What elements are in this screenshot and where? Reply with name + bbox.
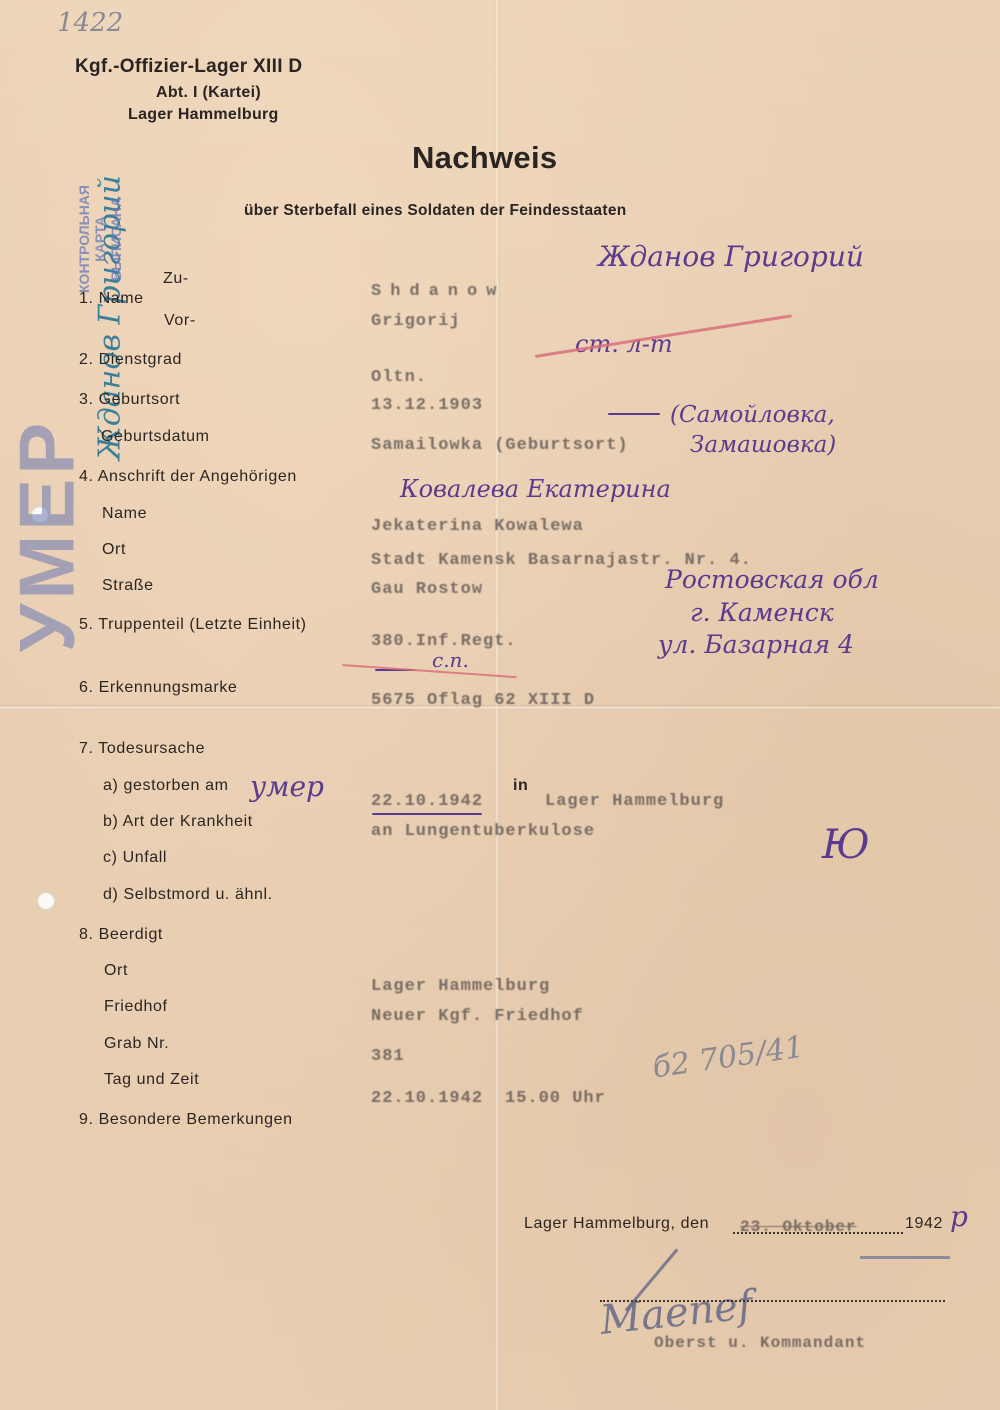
archive-number: 1422 [57, 8, 123, 38]
label-relative-street: Straße [102, 577, 154, 595]
handwritten-initials: Ю [822, 822, 870, 868]
label-birthplace: 3. Geburtsort [79, 391, 180, 409]
label-remarks: 9. Besondere Bemerkungen [79, 1111, 293, 1129]
label-illness: b) Art der Krankheit [103, 813, 253, 831]
label-buried: 8. Beerdigt [79, 926, 163, 944]
handwritten-relative-name-ru: Ковалева Екатерина [400, 475, 671, 503]
document-title: Nachweis [412, 140, 557, 176]
value-firstname: Grigorij [371, 312, 461, 331]
value-burial-date: 22.10.1942 [371, 1089, 483, 1108]
handwritten-rank-ru: ст. л-т [575, 330, 673, 358]
label-birthdate: Geburtsdatum [101, 428, 210, 446]
label-relative-place: Ort [102, 541, 126, 559]
label-unit: 5. Truppenteil (Letzte Einheit) [79, 616, 307, 634]
label-rank: 2. Dienstgrad [79, 351, 182, 369]
camp-name: Kgf.-Offizier-Lager XIII D [75, 56, 302, 78]
label-died-on: a) gestorben am [103, 777, 229, 795]
value-illness: an Lungentuberkulose [371, 822, 595, 841]
handwritten-birthplace-2: Замашовка) [690, 432, 836, 458]
label-relatives-address: 4. Anschrift der Angehörigen [79, 468, 297, 486]
handwritten-unit-ru: с.п. [432, 648, 469, 672]
label-cause-of-death: 7. Todesursache [79, 740, 205, 758]
handwritten-address-3: ул. Базарная 4 [658, 630, 854, 659]
stamp-line-3: ВЫПИСАНА [108, 174, 124, 304]
footer-date-typed: 23. Oktober [740, 1218, 857, 1236]
value-relative-region: Gau Rostow [371, 580, 483, 599]
underline-death-date [372, 813, 482, 815]
handwritten-address-1: Ростовская обл [665, 565, 879, 594]
label-cemetery: Friedhof [104, 998, 168, 1016]
value-birthdate: 13.12.1903 [371, 396, 483, 415]
value-rank: Oltn. [371, 368, 427, 387]
label-firstname-prefix: Vor- [164, 312, 196, 330]
label-accident: c) Unfall [103, 849, 167, 867]
stamp-line-2: КАРТА [92, 174, 108, 304]
value-id-tag: 5675 Oflag 62 XIII D [371, 691, 595, 710]
label-relative-name: Name [102, 505, 147, 523]
label-in: in [513, 777, 528, 795]
punch-hole-bottom [37, 892, 55, 910]
underline-birthdate [608, 413, 660, 415]
value-birthplace: Samailowka (Geburtsort) [371, 436, 629, 455]
value-death-date: 22.10.1942 [371, 792, 483, 811]
handwritten-address-2: г. Каменск [690, 598, 834, 627]
label-surname-prefix: Zu- [163, 270, 189, 288]
label-id-tag: 6. Erkennungsmarke [79, 679, 237, 697]
value-surname: Shdanow [371, 282, 505, 301]
department: Abt. I (Kartei) [156, 84, 261, 102]
label-suicide: d) Selbstmord u. ähnl. [103, 886, 273, 904]
value-death-place: Lager Hammelburg [545, 792, 724, 811]
value-grave-number: 381 [371, 1047, 405, 1066]
signature-strike [860, 1256, 950, 1259]
control-card-stamp: КОНТРОЛЬНАЯ КАРТА ВЫПИСАНА [60, 155, 170, 305]
footer-year-mark: р [950, 1200, 968, 1233]
signature-dotted-line [600, 1300, 945, 1302]
signatory-title: Oberst u. Kommandant [654, 1334, 866, 1352]
value-burial-time: 15.00 Uhr [505, 1089, 606, 1108]
handwritten-died-ru: умер [250, 770, 324, 803]
value-burial-place: Lager Hammelburg [371, 977, 550, 996]
handwritten-name-ru: Жданов Григорий [598, 240, 864, 273]
camp-location: Lager Hammelburg [128, 106, 279, 124]
label-name: 1. Name [79, 290, 144, 308]
stamp-line-1: КОНТРОЛЬНАЯ [76, 174, 92, 304]
document-subtitle: über Sterbefall eines Soldaten der Feind… [244, 202, 627, 220]
footer-place-date-prefix: Lager Hammelburg, den [524, 1215, 709, 1233]
footer-year: 1942 [905, 1215, 943, 1233]
value-cemetery: Neuer Kgf. Friedhof [371, 1007, 584, 1026]
handwritten-birthplace-1: (Самойловка, [670, 402, 835, 428]
value-relative-name: Jekaterina Kowalewa [371, 517, 584, 536]
label-burial-place: Ort [104, 962, 128, 980]
label-day-and-time: Tag und Zeit [104, 1071, 199, 1089]
label-grave-number: Grab Nr. [104, 1035, 169, 1053]
